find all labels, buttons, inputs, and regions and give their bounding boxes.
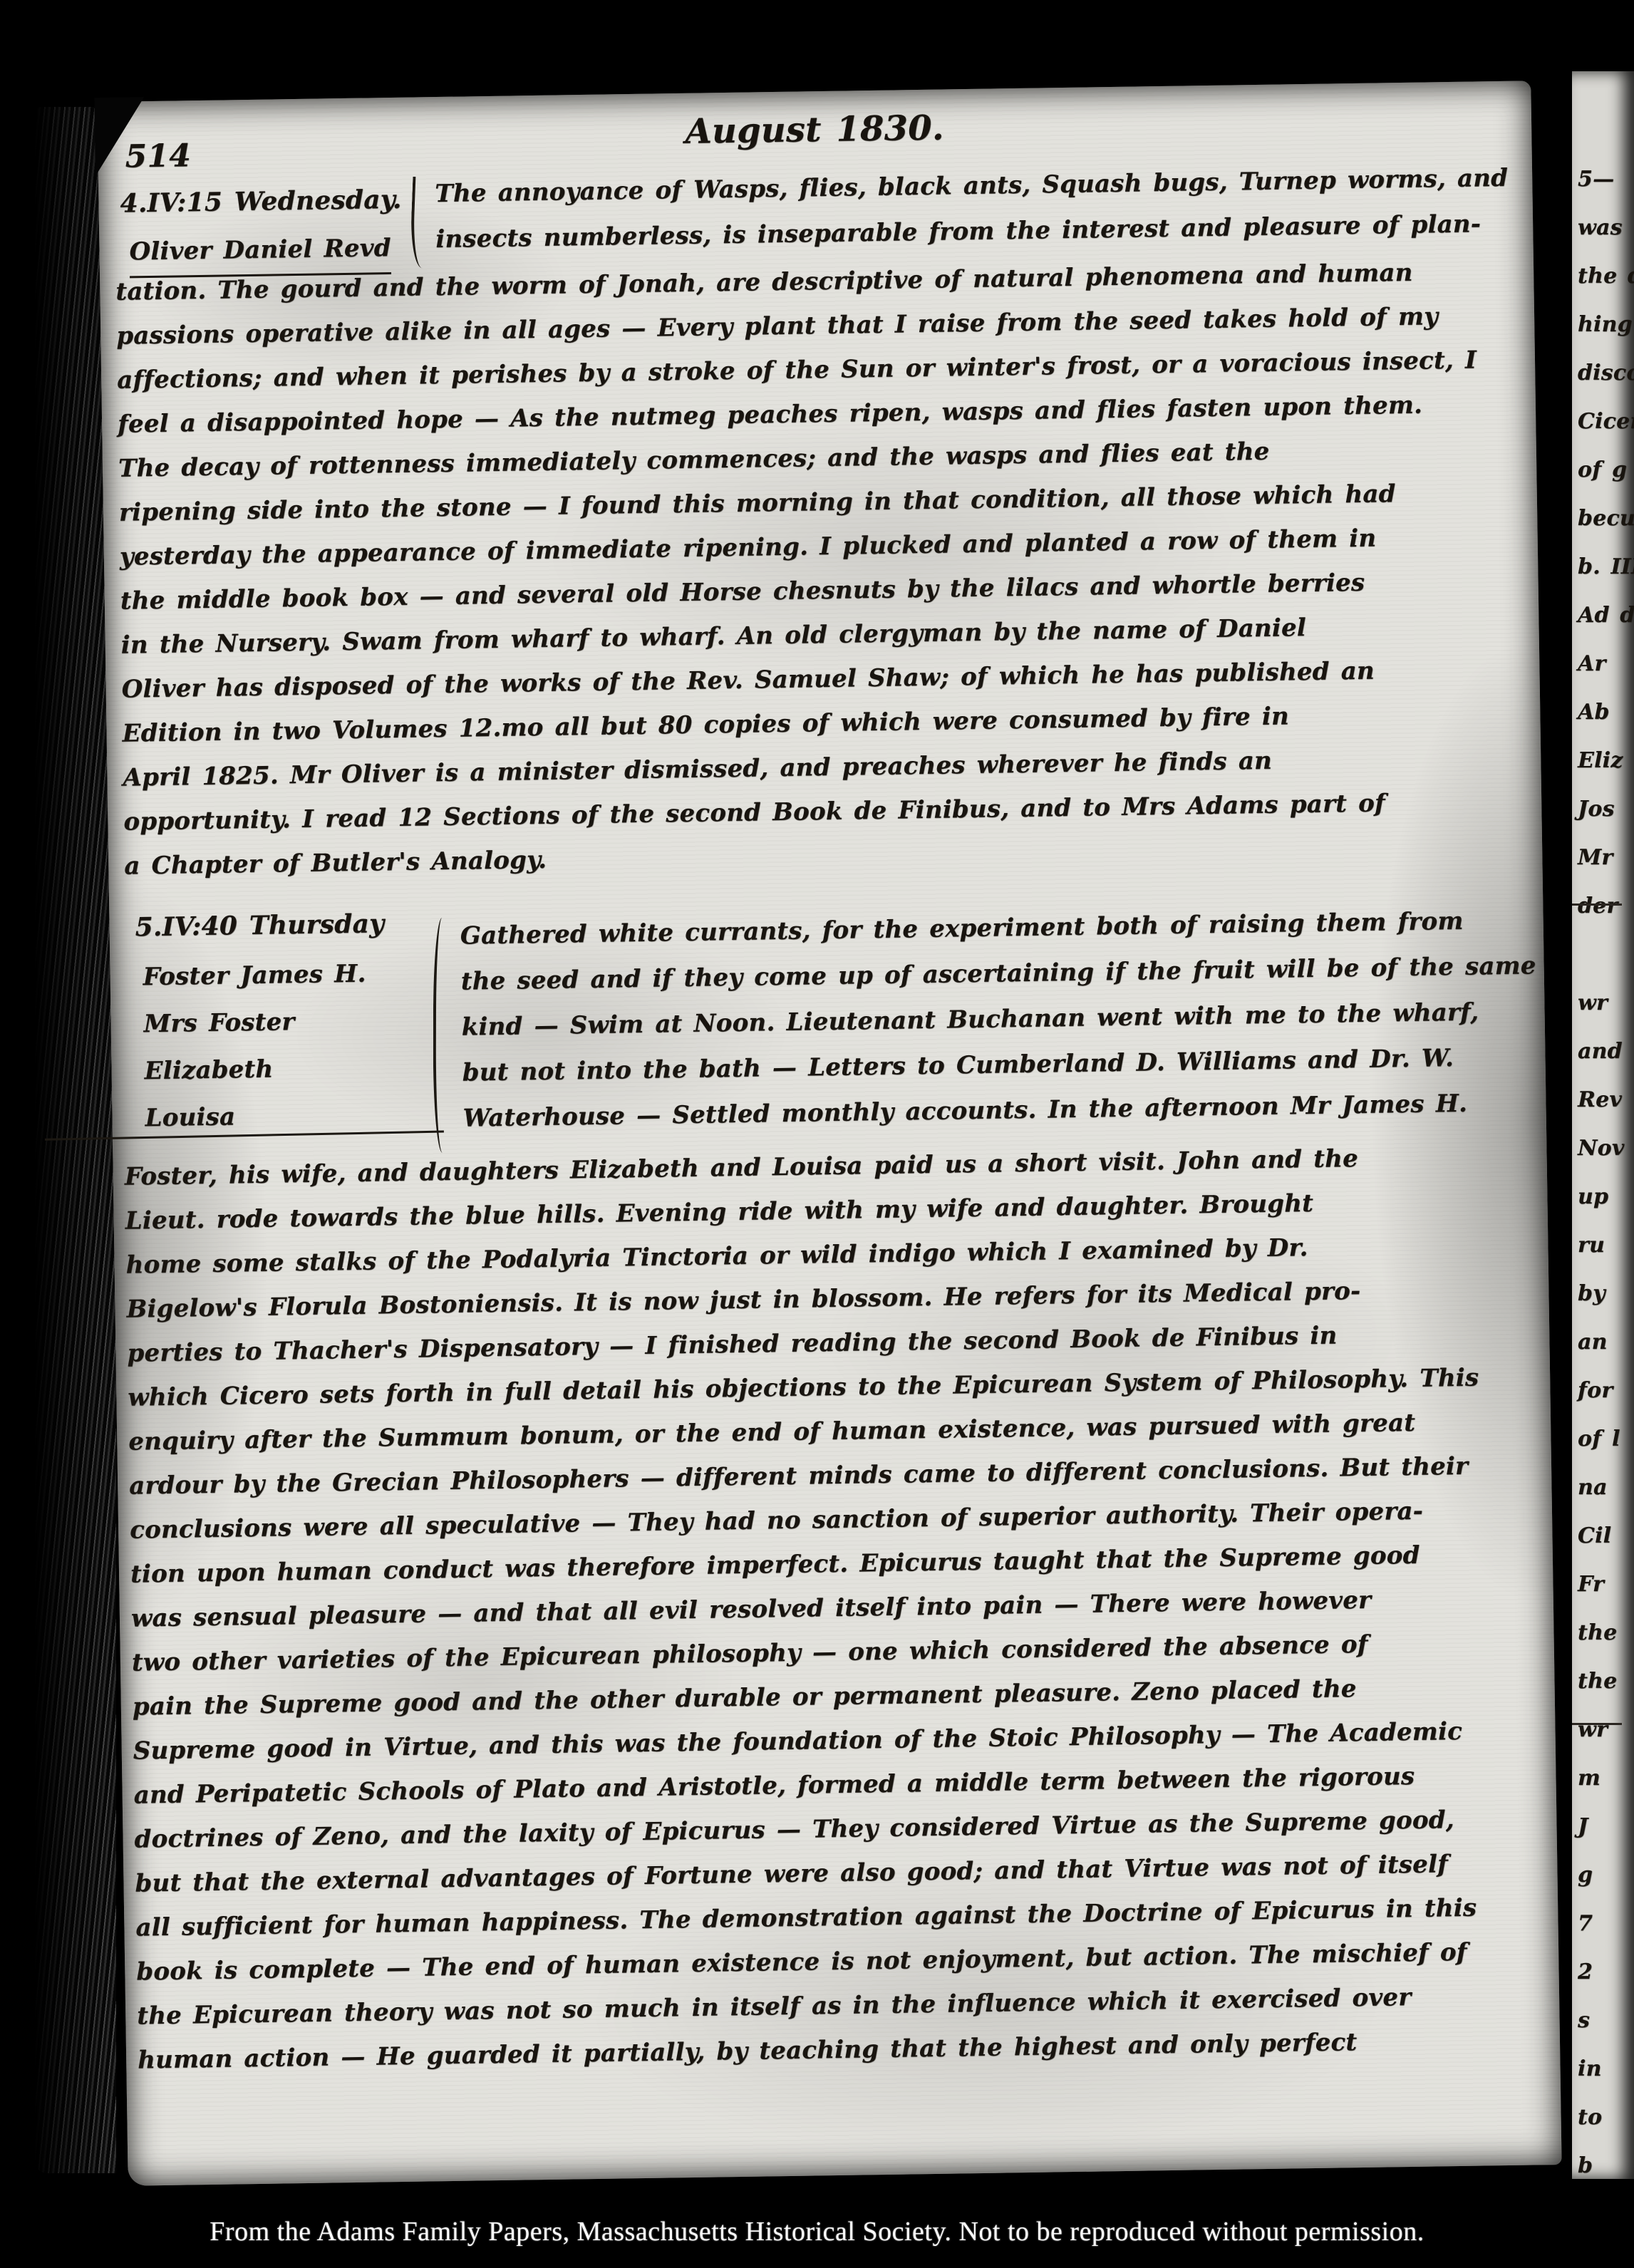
facing-page-fragment: Mr (1572, 834, 1634, 882)
facing-page-fragment: g (1572, 1851, 1634, 1900)
facing-page-fragment: Rev (1572, 1076, 1634, 1124)
facing-page-fragment: der (1572, 882, 1634, 931)
facing-page-fragment: wr (1572, 1706, 1634, 1754)
entry-brace-icon (410, 177, 435, 269)
margin-name: Foster James H. (143, 951, 366, 1001)
scanned-diary-photo: { "page": { "number": "514", "header": "… (0, 0, 1634, 2268)
entry-brace-icon (433, 918, 455, 1153)
facing-page-fragment: becu (1572, 494, 1634, 543)
margin-name: Mrs Foster (143, 998, 367, 1048)
facing-page-fragment: Ab (1572, 688, 1634, 737)
facing-page-line-fragments: 5—wasthe dhingdiscoCicerof gbecub. IIIAd… (1572, 155, 1634, 2179)
facing-page-sliver: 5—wasthe dhingdiscoCicerof gbecub. IIIAd… (1572, 71, 1634, 2179)
facing-page-fragment: Eliz (1572, 737, 1634, 785)
facing-page-fragment: Fr (1572, 1560, 1634, 1609)
facing-page-fragment: and (1572, 1027, 1634, 1076)
facing-page-fragment: of l (1572, 1415, 1634, 1464)
facing-page-fragment: 7 (1572, 1900, 1634, 1948)
entry-body-full: Foster, his wife, and daughters Elizabet… (124, 1135, 1489, 2083)
facing-page-fragment: J (1572, 1803, 1634, 1851)
facing-page-fragment: 2 (1572, 1948, 1634, 1997)
facing-page-fragment: wr (1572, 979, 1634, 1027)
facing-page-fragment: in (1572, 2045, 1634, 2093)
entry-body-full: tation. The gourd and the worm of Jonah,… (115, 249, 1484, 888)
facing-page-fragment: s (1572, 1997, 1634, 2045)
facing-page-fragment: na (1572, 1464, 1634, 1512)
facing-page-fragment: an (1572, 1318, 1634, 1367)
facing-page-fragment (1572, 931, 1634, 979)
entry-body-indented: The annoyance of Wasps, flies, black ant… (435, 155, 1509, 262)
facing-page-fragment: b (1572, 2142, 1634, 2179)
facing-page-fragment: to (1572, 2093, 1634, 2142)
month-year-header: August 1830. (98, 99, 1532, 160)
facing-page-fragment: Ar (1572, 640, 1634, 688)
entry-margin-names: Foster James H.Mrs FosterElizabethLouisa (143, 951, 368, 1142)
entry-date-heading: 5.IV:40 Thursday (135, 908, 384, 942)
facing-page-fragment: Ad d (1572, 591, 1634, 640)
facing-page-fragment: Cicer (1572, 398, 1634, 446)
entry-date-heading: 4.IV:15 Wednesday. (120, 185, 402, 219)
margin-name: Elizabeth (144, 1045, 368, 1095)
facing-page-fragment: the (1572, 1657, 1634, 1706)
diary-entry-wednesday: 4.IV:15 Wednesday. Oliver Daniel Revd Th… (97, 81, 1531, 102)
footer-bar: From the Adams Family Papers, Massachuse… (0, 2206, 1634, 2268)
facing-page-rule (1572, 1723, 1622, 1725)
diary-entry-thursday: 5.IV:40 Thursday Foster James H.Mrs Fost… (97, 81, 1531, 102)
facing-page-fragment: for (1572, 1367, 1634, 1415)
facing-page-fragment: Jos (1572, 785, 1634, 834)
facing-page-fragment: was (1572, 204, 1634, 252)
facing-page-fragment: hing (1572, 301, 1634, 349)
facing-page-fragment: 5— (1572, 155, 1634, 204)
facing-page-fragment: up (1572, 1173, 1634, 1221)
facing-page-fragment: by (1572, 1270, 1634, 1318)
facing-page-fragment: ru (1572, 1221, 1634, 1270)
facing-page-fragment: Nov (1572, 1124, 1634, 1173)
diary-page: 514 August 1830. 4.IV:15 Wednesday. Oliv… (97, 81, 1561, 2186)
entry-body-indented: Gathered white currants, for the experim… (460, 897, 1539, 1141)
facing-page-fragment: the d (1572, 252, 1634, 301)
facing-page-fragment: m (1572, 1754, 1634, 1803)
archive-caption: From the Adams Family Papers, Massachuse… (210, 2216, 1424, 2247)
facing-page-fragment: of g (1572, 446, 1634, 494)
facing-page-fragment: b. III (1572, 543, 1634, 591)
facing-page-fragment: Cil (1572, 1512, 1634, 1560)
facing-page-rule (1572, 903, 1622, 906)
facing-page-fragment: disco (1572, 349, 1634, 398)
facing-page-fragment: the (1572, 1609, 1634, 1657)
